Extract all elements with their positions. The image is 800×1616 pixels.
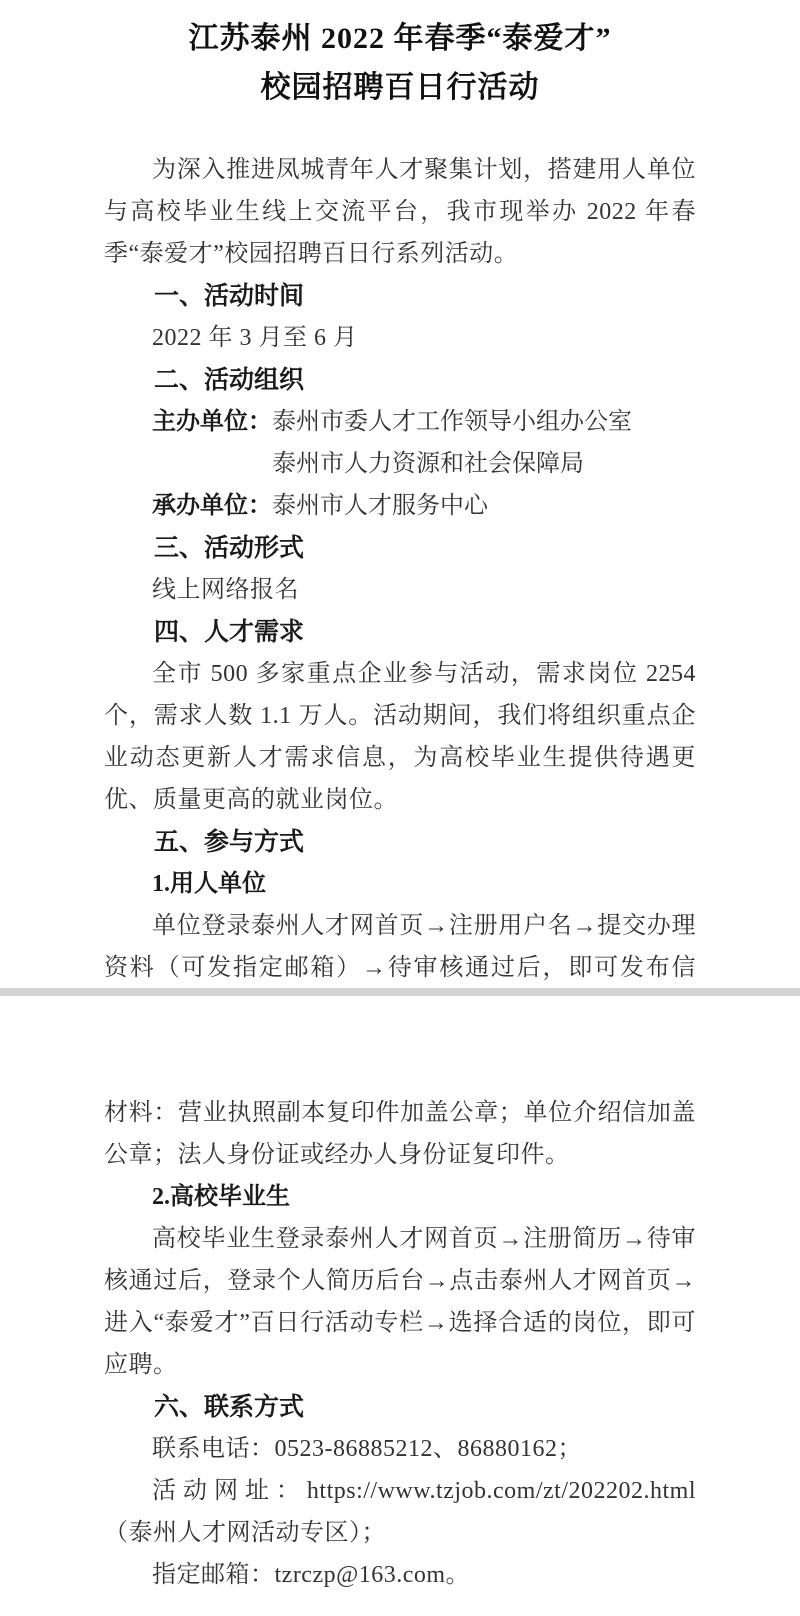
host-line-2: 泰州市人力资源和社会保障局 [272,443,696,485]
contact-email-line: 指定邮箱：tzrczp@163.com。 [104,1554,696,1596]
activity-form: 线上网络报名 [104,569,696,611]
title-line-1: 江苏泰州 2022 年春季“泰爱才” [104,14,696,63]
employer-flow-paragraph-part1: 单位登录泰州人才网首页→注册用户名→提交办理资料（可发指定邮箱）→待审核通过后，… [104,905,696,988]
document-viewer: 江苏泰州 2022 年春季“泰爱才” 校园招聘百日行活动 为深入推进凤城青年人才… [0,0,800,1616]
contact-website-line: 活动网址：https://www.tzjob.com/zt/202202.htm… [104,1470,696,1554]
graduate-flow-paragraph: 高校毕业生登录泰州人才网首页→注册简历→待审核通过后，登录个人简历后台→点击泰州… [104,1218,696,1386]
page-1: 江苏泰州 2022 年春季“泰爱才” 校园招聘百日行活动 为深入推进凤城青年人才… [0,0,800,988]
section-5-heading: 五、参与方式 [104,821,696,863]
page-2: 材料：营业执照副本复印件加盖公章；单位介绍信加盖公章；法人身份证或经办人身份证复… [0,996,800,1616]
host-organizations: 主办单位： 泰州市委人才工作领导小组办公室 泰州市人力资源和社会保障局 [104,401,696,485]
section-3-heading: 三、活动形式 [104,527,696,569]
subsection-1-heading: 1.用人单位 [104,863,696,905]
section-4-heading: 四、人才需求 [104,611,696,653]
section-6-heading: 六、联系方式 [104,1386,696,1428]
talent-demand-paragraph: 全市 500 多家重点企业参与活动，需求岗位 2254 个，需求人数 1.1 万… [104,653,696,821]
undertaker-name: 泰州市人才服务中心 [272,485,696,527]
undertaker-label: 承办单位： [152,485,272,527]
contact-phone-line: 联系电话：0523-86885212、86880162； [104,1428,696,1470]
host-names: 泰州市委人才工作领导小组办公室 泰州市人力资源和社会保障局 [272,401,696,485]
title-line-2: 校园招聘百日行活动 [104,63,696,112]
document-title: 江苏泰州 2022 年春季“泰爱才” 校园招聘百日行活动 [104,14,696,112]
section-2-heading: 二、活动组织 [104,359,696,401]
host-label: 主办单位： [152,401,272,485]
host-line-1: 泰州市委人才工作领导小组办公室 [272,401,696,443]
activity-time: 2022 年 3 月至 6 月 [104,317,696,359]
section-1-heading: 一、活动时间 [104,275,696,317]
page-separator [0,988,800,996]
intro-paragraph: 为深入推进凤城青年人才聚集计划，搭建用人单位与高校毕业生线上交流平台，我市现举办… [104,149,696,275]
employer-flow-paragraph-part2: 材料：营业执照副本复印件加盖公章；单位介绍信加盖公章；法人身份证或经办人身份证复… [104,1092,696,1176]
undertaker-organization: 承办单位： 泰州市人才服务中心 [104,485,696,527]
subsection-2-heading: 2.高校毕业生 [104,1176,696,1218]
